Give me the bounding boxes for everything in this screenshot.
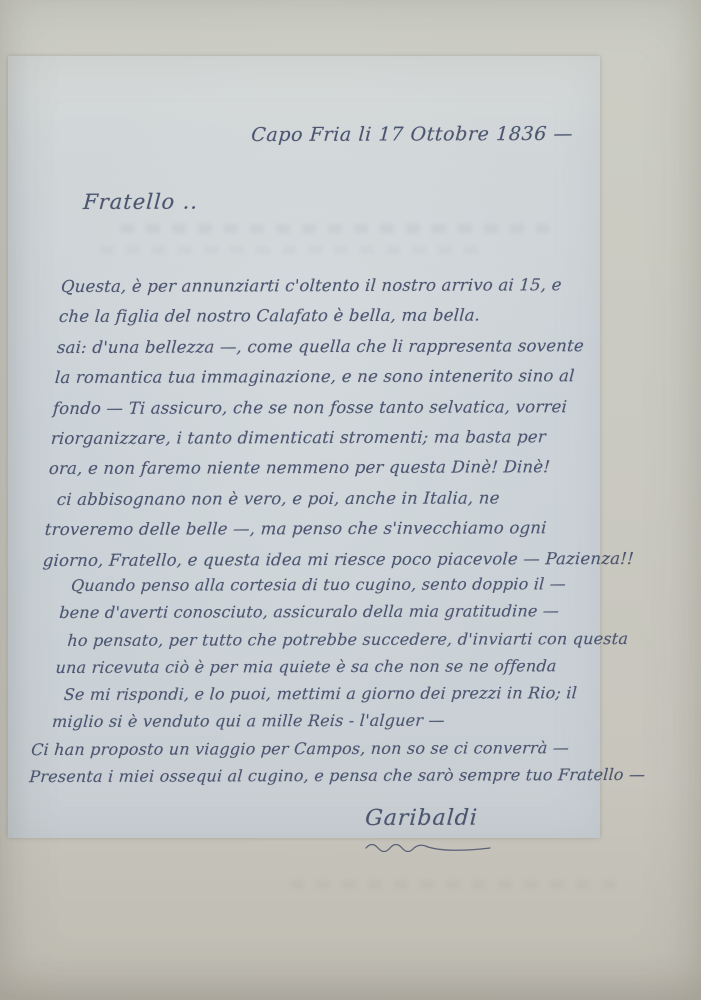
letter-line: la romantica tua immaginazione, e ne son… bbox=[54, 361, 647, 393]
signature-flourish bbox=[364, 840, 494, 854]
letter-line: fondo — Ti assicuro, che se non fosse ta… bbox=[52, 391, 645, 423]
letter-body-block-1: Questa, è per annunziarti c'oltento il n… bbox=[42, 270, 653, 576]
letter-line: bene d'averti conosciuto, assicuralo del… bbox=[58, 597, 657, 626]
book-page-photo: Capo Fria li 17 Ottobre 1836 — Fratello … bbox=[0, 0, 701, 1000]
signature: Garibaldi bbox=[364, 806, 478, 831]
letter-line: riorganizzare, i tanto dimenticati strom… bbox=[50, 422, 643, 454]
letter-line: Questa, è per annunziarti c'oltento il n… bbox=[60, 270, 653, 302]
letter-line: sai: d'una bellezza —, come quella che l… bbox=[56, 331, 649, 363]
letter-line: Presenta i miei ossequi al cugino, e pen… bbox=[28, 761, 646, 790]
letter-dateline: Capo Fria li 17 Ottobre 1836 — bbox=[251, 123, 574, 146]
letter-line: Se mi rispondi, e lo puoi, mettimi a gio… bbox=[53, 679, 652, 708]
letter-line: che la figlia del nostro Calafato è bell… bbox=[58, 300, 651, 332]
letter-line: ho pensato, per tutto che potrebbe succe… bbox=[57, 625, 656, 654]
letter-line: ci abbisognano non è vero, e poi, anche … bbox=[46, 483, 639, 515]
letter-salutation: Fratello .. bbox=[82, 190, 199, 214]
letter-line: troveremo delle belle —, ma penso che s'… bbox=[44, 513, 637, 545]
letter-line: miglio si è venduto qui a mille Reis - l… bbox=[51, 706, 650, 735]
letter-line: Ci han proposto un viaggio per Campos, n… bbox=[30, 734, 648, 763]
ink-bleed-through bbox=[290, 880, 620, 889]
letter-line: Quando penso alla cortesia di tuo cugino… bbox=[60, 570, 659, 599]
letter-line: una ricevuta ciò è per mia quiete è sa c… bbox=[55, 652, 654, 681]
letter-body-block-2: Quando penso alla cortesia di tuo cugino… bbox=[47, 570, 658, 790]
letter-line: ora, e non faremo niente nemmeno per que… bbox=[48, 452, 641, 484]
